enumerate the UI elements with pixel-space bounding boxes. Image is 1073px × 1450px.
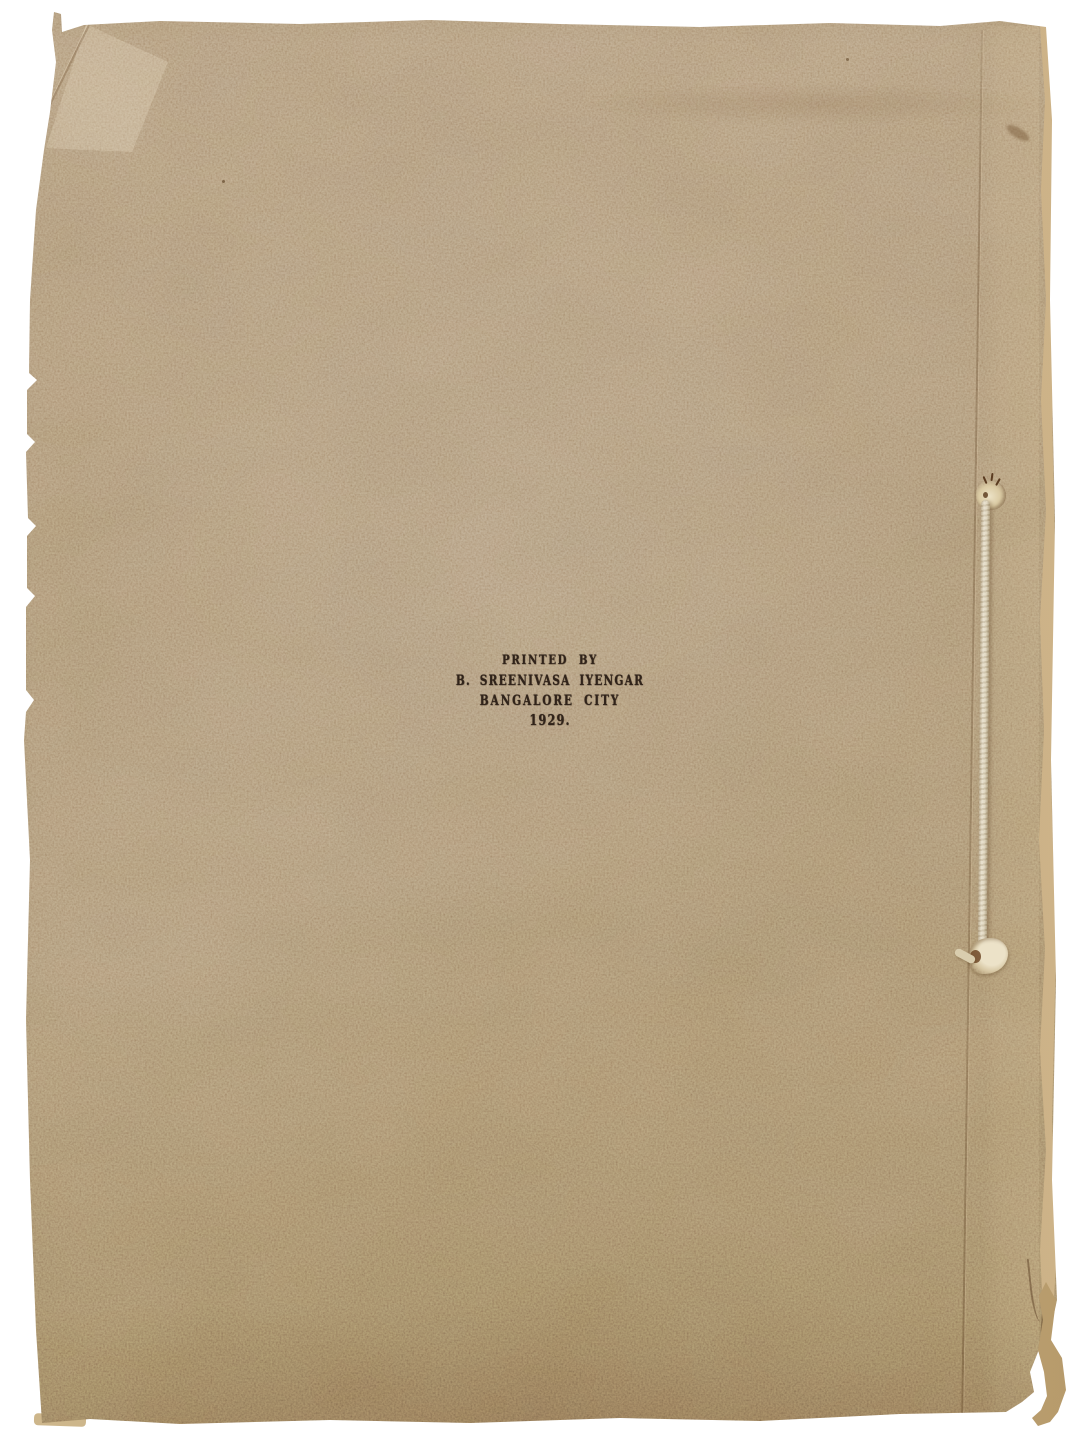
book-cover: PRINTED BY B. SREENIVASA IYENGAR BANGALO… [0, 0, 1073, 1450]
photo-background: PRINTED BY B. SREENIVASA IYENGAR BANGALO… [0, 0, 1073, 1450]
imprint-line-city: BANGALORE CITY [456, 694, 644, 709]
speck [222, 180, 225, 183]
imprint-line-year: 1929. [456, 713, 644, 728]
imprint-line-printed-by: PRINTED BY [456, 653, 644, 668]
imprint-line-printer-name: B. SREENIVASA IYENGAR [456, 674, 644, 689]
speck [846, 58, 849, 61]
cord-knot-shadow [983, 492, 988, 498]
spine-light-band [983, 26, 1039, 1422]
stain [580, 84, 1040, 124]
imprint-block: PRINTED BY B. SREENIVASA IYENGAR BANGALO… [429, 653, 670, 728]
